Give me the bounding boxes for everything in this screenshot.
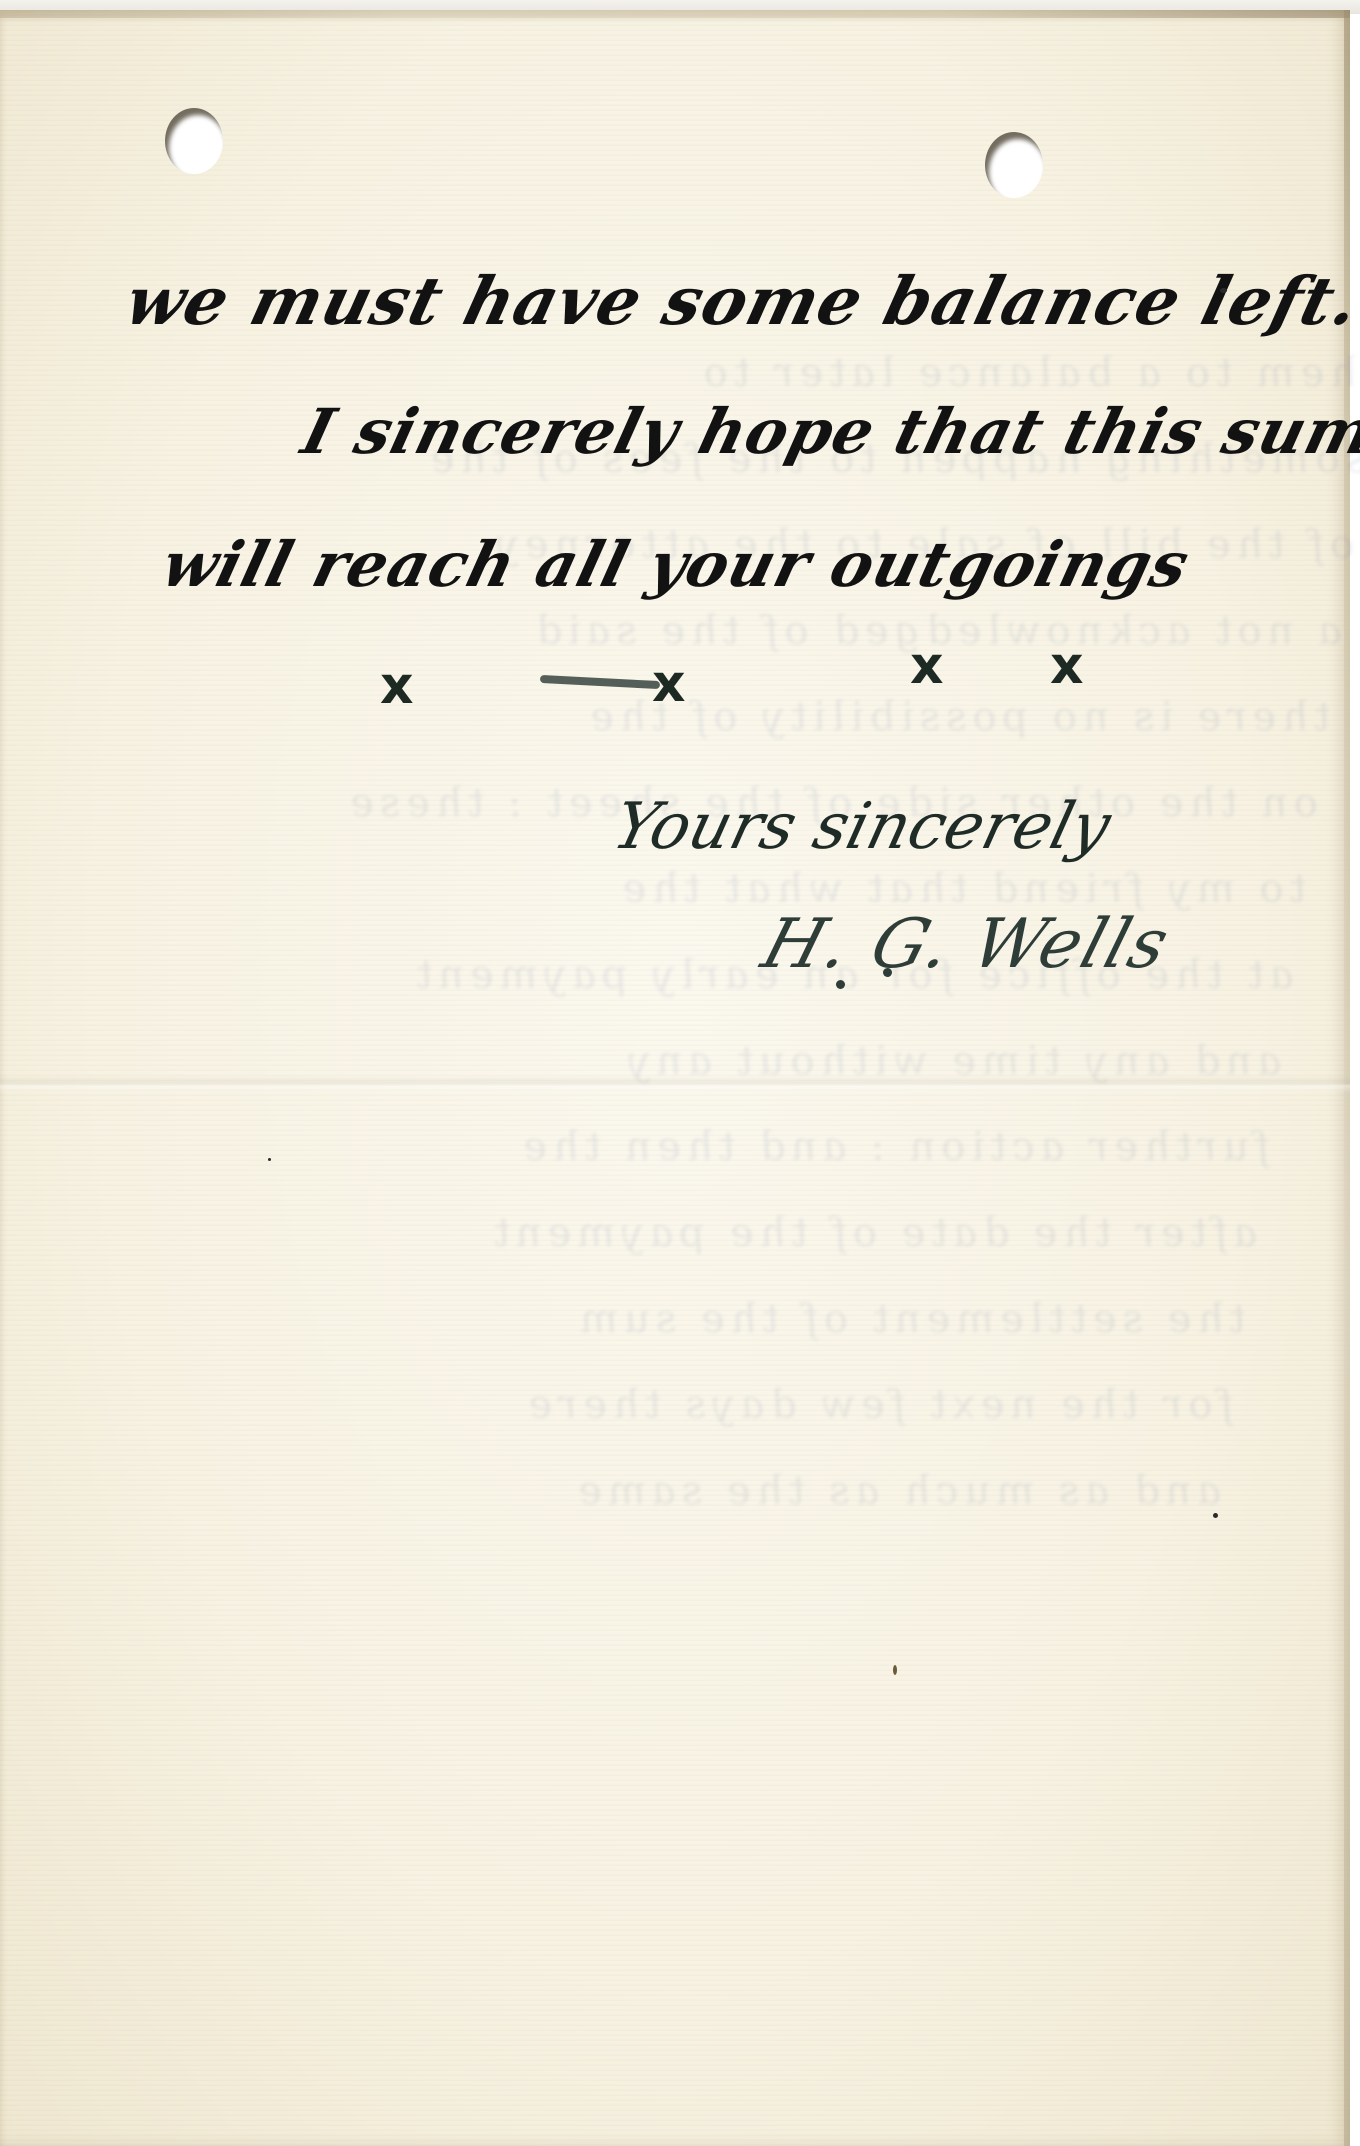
kiss-mark: x <box>1050 636 1084 696</box>
handwritten-line-1: we must have some balance left. <box>118 262 1360 340</box>
ink-speck <box>1220 288 1227 293</box>
kiss-mark: x <box>910 636 944 696</box>
paper-speck <box>893 1665 897 1675</box>
ink-speck <box>1213 1513 1218 1518</box>
kiss-mark: x <box>652 654 686 714</box>
fold-crease <box>0 1075 1350 1093</box>
signature-dot <box>883 968 892 977</box>
punch-hole-left <box>165 108 223 174</box>
kiss-marks: x x x x <box>370 650 1150 730</box>
signature: H. G. Wells <box>754 905 1179 984</box>
paper-top-edge <box>0 10 1350 18</box>
signature-dot <box>836 980 845 989</box>
punch-hole-right <box>985 132 1043 198</box>
dash-stroke <box>540 675 660 689</box>
closing-salutation: Yours sincerely <box>606 790 1118 864</box>
handwritten-line-2: I sincerely hope that this sum <box>295 395 1360 468</box>
handwritten-line-3: will reach all your outgoings <box>155 528 1197 601</box>
kiss-mark: x <box>380 656 414 716</box>
paper-speck <box>268 1158 271 1161</box>
